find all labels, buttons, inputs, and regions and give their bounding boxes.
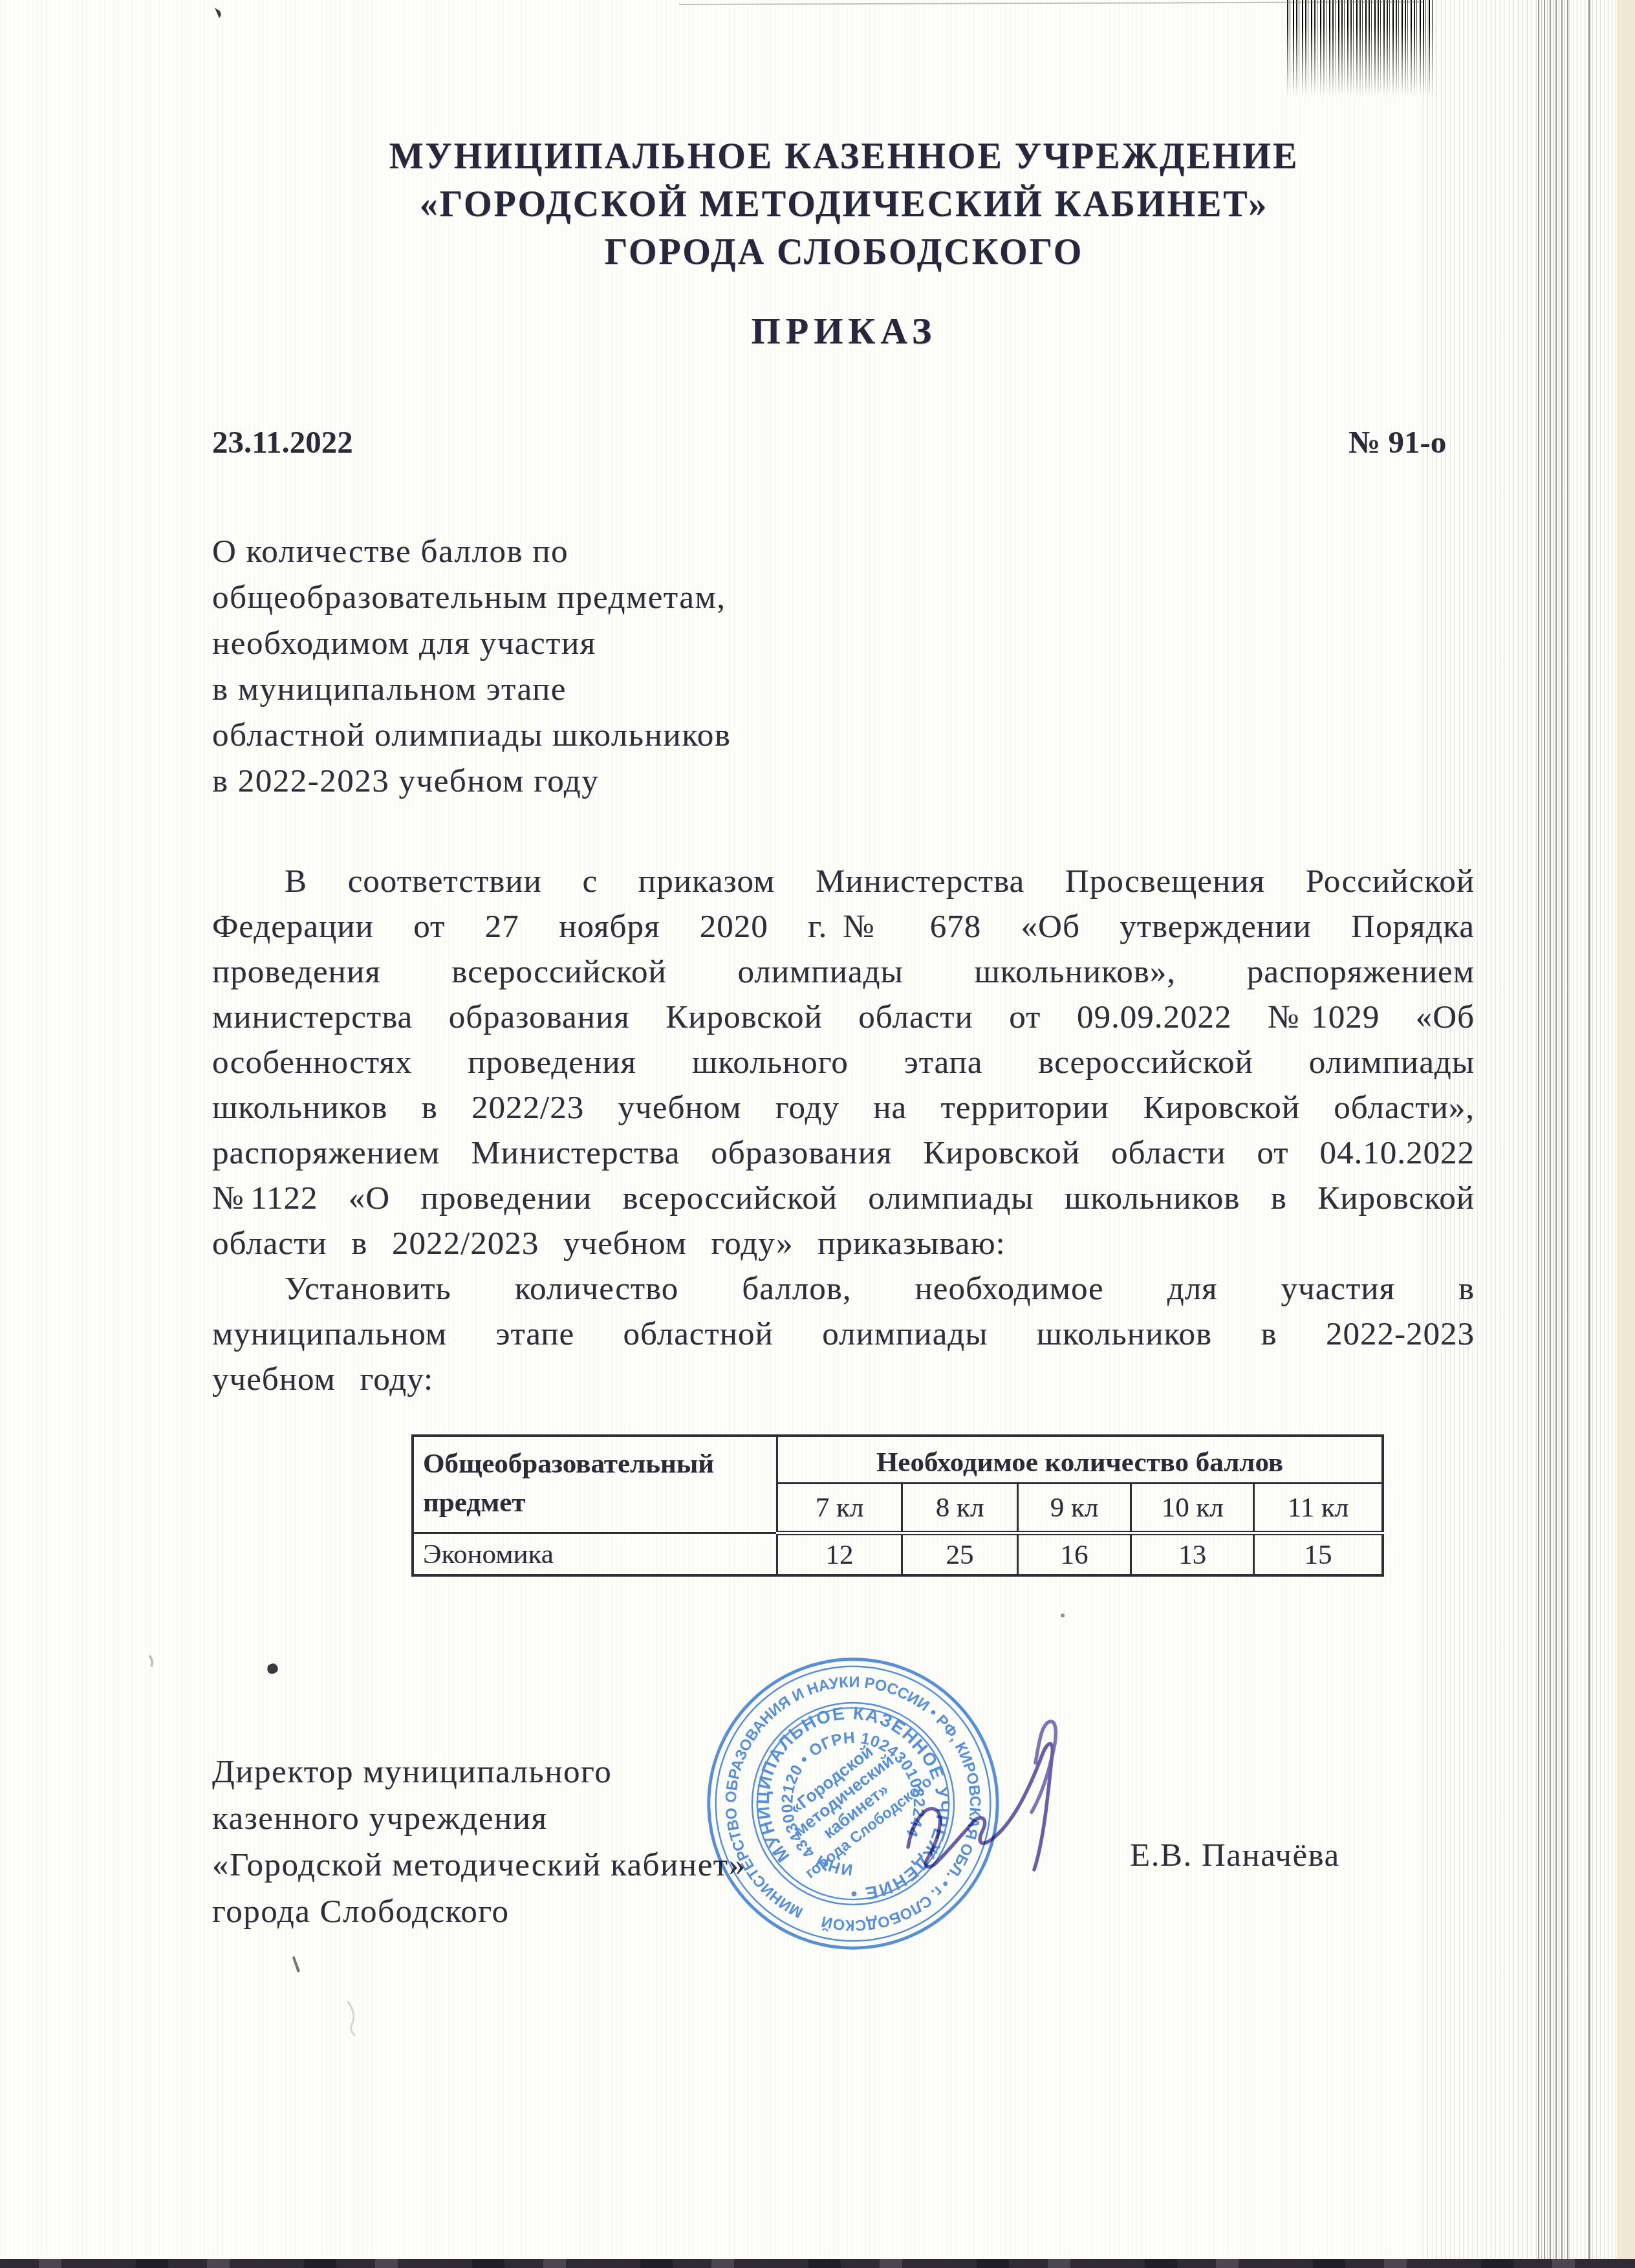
subject-line: необходимом для участия	[212, 621, 924, 667]
scan-bottom-edge	[0, 2259, 1635, 2268]
document-date: 23.11.2022	[212, 424, 353, 460]
subject-line: областной олимпиады школьников	[212, 713, 924, 759]
signatory-position-line: города Слободского	[212, 1888, 746, 1935]
table-header-grade7: 7 кл	[777, 1484, 902, 1533]
document-body: В соответствии с приказом Министерства П…	[212, 859, 1475, 1402]
subject-line: в муниципальном этапе	[212, 667, 924, 713]
table-header-grade11: 11 кл	[1254, 1484, 1383, 1533]
table-cell-grade8: 25	[902, 1533, 1018, 1576]
organization-name-line3: ГОРОДА СЛОБОДСКОГО	[53, 228, 1635, 276]
signatory-position-line: «Городской методический кабинет»	[212, 1842, 746, 1888]
table-header-grade8: 8 кл	[902, 1484, 1018, 1533]
signatory-position-line: казенного учреждения	[212, 1795, 746, 1842]
scan-corner-noise	[1287, 0, 1433, 97]
subject-line: общеобразовательным предметам,	[212, 575, 924, 621]
signatory-position-line: Директор муниципального	[212, 1749, 746, 1795]
organization-name: МУНИЦИПАЛЬНОЕ КАЗЕННОЕ УЧРЕЖДЕНИЕ «ГОРОД…	[53, 133, 1635, 276]
document-type-title: ПРИКАЗ	[53, 309, 1635, 352]
organization-name-line1: МУНИЦИПАЛЬНОЕ КАЗЕННОЕ УЧРЕЖДЕНИЕ	[53, 133, 1635, 180]
document-subject: О количестве баллов по общеобразовательн…	[212, 529, 924, 805]
table-row: Экономика 12 25 16 13 15	[413, 1533, 1383, 1576]
table-cell-grade10: 13	[1131, 1533, 1254, 1576]
signatory-position: Директор муниципального казенного учрежд…	[212, 1749, 746, 1935]
table-header-grade10: 10 кл	[1131, 1484, 1254, 1533]
subject-line: О количестве баллов по	[212, 529, 924, 575]
organization-name-line2: «ГОРОДСКОЙ МЕТОДИЧЕСКИЙ КАБИНЕТ»	[53, 180, 1635, 228]
subject-line: в 2022-2023 учебном году	[212, 759, 924, 805]
table-cell-grade7: 12	[777, 1533, 902, 1576]
signatory-name: Е.В. Паначёва	[1130, 1837, 1340, 1874]
table-header-subject: Общеобразовательный предмет	[413, 1436, 777, 1533]
document-number: № 91-о	[1348, 424, 1446, 460]
table-header-row: Общеобразовательный предмет Необходимое …	[413, 1436, 1383, 1484]
table-cell-subject: Экономика	[413, 1533, 777, 1576]
scores-table: Общеобразовательный предмет Необходимое …	[411, 1434, 1384, 1577]
table-header-required-points: Необходимое количество баллов	[777, 1436, 1383, 1484]
scanned-document-page: МУНИЦИПАЛЬНОЕ КАЗЕННОЕ УЧРЕЖДЕНИЕ «ГОРОД…	[0, 0, 1635, 2268]
table-header-grade9: 9 кл	[1017, 1484, 1131, 1533]
official-round-stamp: МИНИСТЕРСТВО ОБРАЗОВАНИЯ И НАУКИ РОССИИ …	[700, 1650, 1006, 1957]
body-paragraph-order: Установить количество баллов, необходимо…	[212, 1266, 1475, 1402]
table-cell-grade9: 16	[1017, 1533, 1131, 1576]
table-cell-grade11: 15	[1254, 1533, 1383, 1576]
body-paragraph-preamble: В соответствии с приказом Министерства П…	[212, 859, 1475, 1266]
